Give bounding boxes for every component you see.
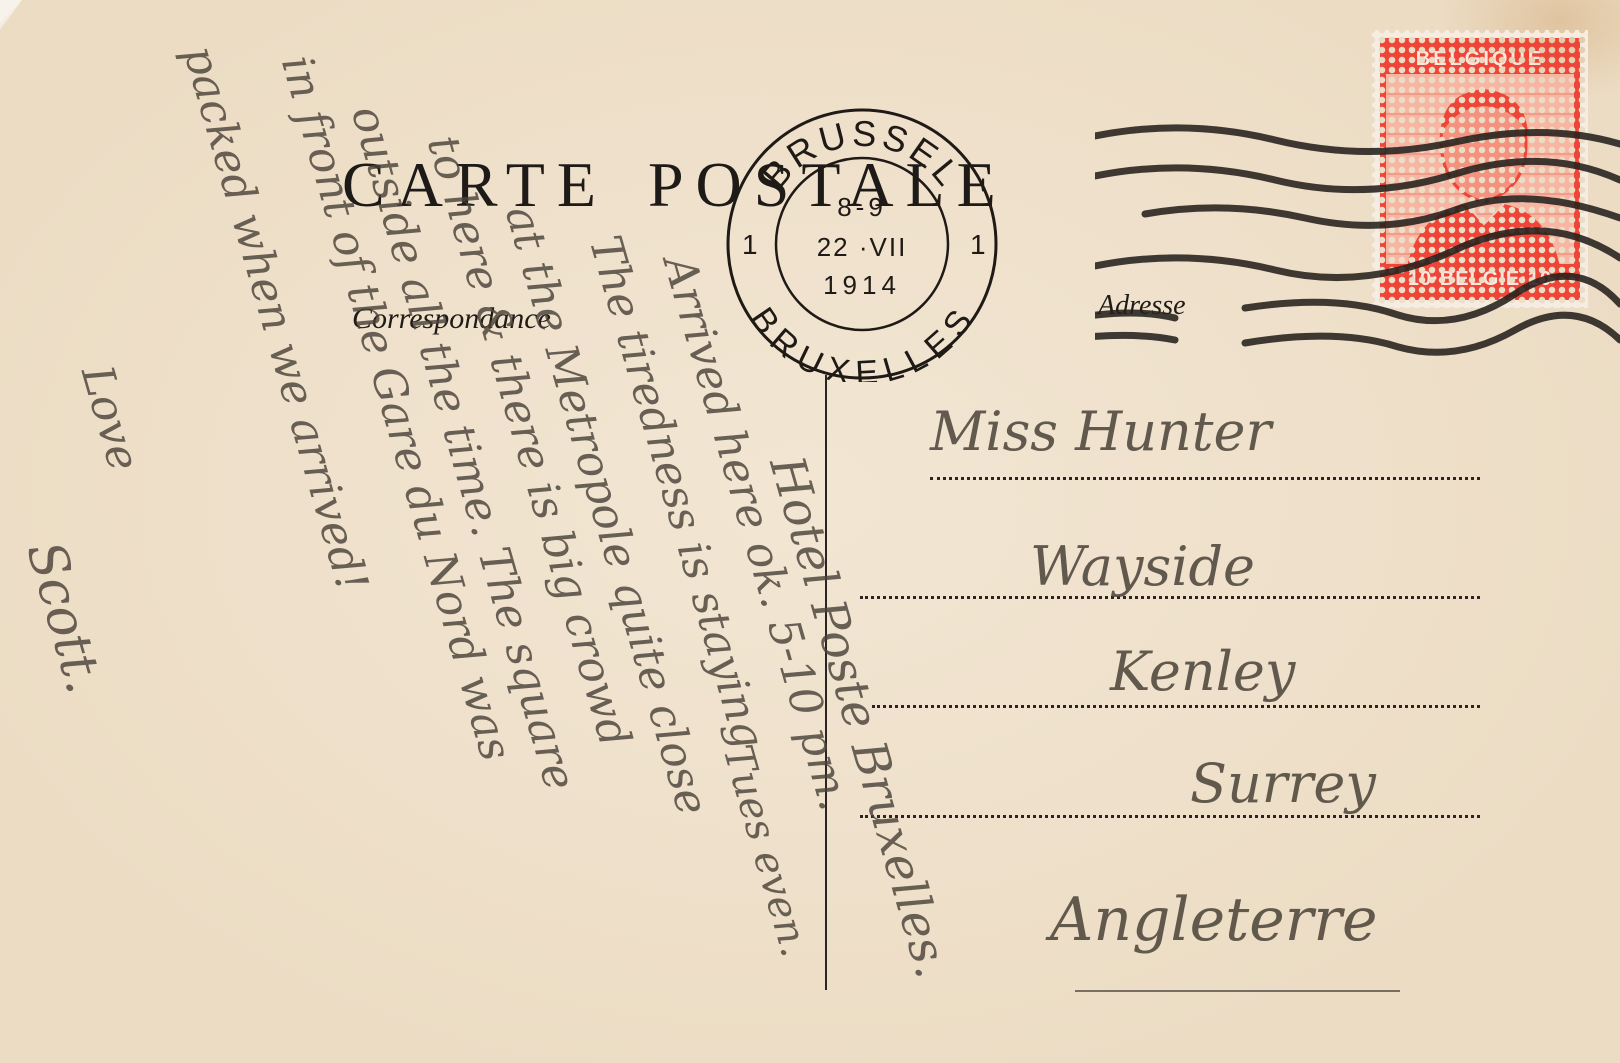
svg-text:BRUXELLES: BRUXELLES	[742, 301, 981, 382]
address-county: Surrey	[1190, 752, 1376, 815]
svg-text:BRUSSEL: BRUSSEL	[754, 113, 971, 196]
address-line	[872, 705, 1480, 708]
postmark-date: 22 ·VII	[817, 232, 908, 262]
corner-fold	[0, 0, 22, 30]
address-recipient: Miss Hunter	[930, 400, 1271, 463]
postmark-time: 8-9	[837, 192, 887, 222]
address-house: Wayside	[1030, 535, 1255, 598]
postcard-back: CARTEPOSTALE Correspondance Adresse Miss…	[0, 0, 1620, 1063]
postmark-city-bottom: BRUXELLES	[742, 301, 981, 382]
postmark-side-right: 1	[970, 229, 986, 260]
cancellation-wave-lines-icon	[1095, 118, 1620, 358]
message-closing: Love	[71, 360, 149, 477]
address-country: Angleterre	[1050, 885, 1378, 955]
address-line	[930, 477, 1480, 480]
address-town: Kenley	[1110, 640, 1295, 703]
postmark-year: 1914	[823, 270, 901, 300]
postmark-side-left: 1	[742, 229, 758, 260]
address-line	[860, 815, 1480, 818]
stamp-country: BELGIQUE	[1386, 44, 1574, 74]
postmark-icon: BRUSSEL BRUXELLES 1 1 8-9 22 ·VII 1914	[724, 106, 1000, 382]
address-line	[1075, 990, 1400, 992]
postmark-city-top: BRUSSEL	[754, 113, 971, 196]
message-signature: Scott.	[14, 535, 114, 700]
